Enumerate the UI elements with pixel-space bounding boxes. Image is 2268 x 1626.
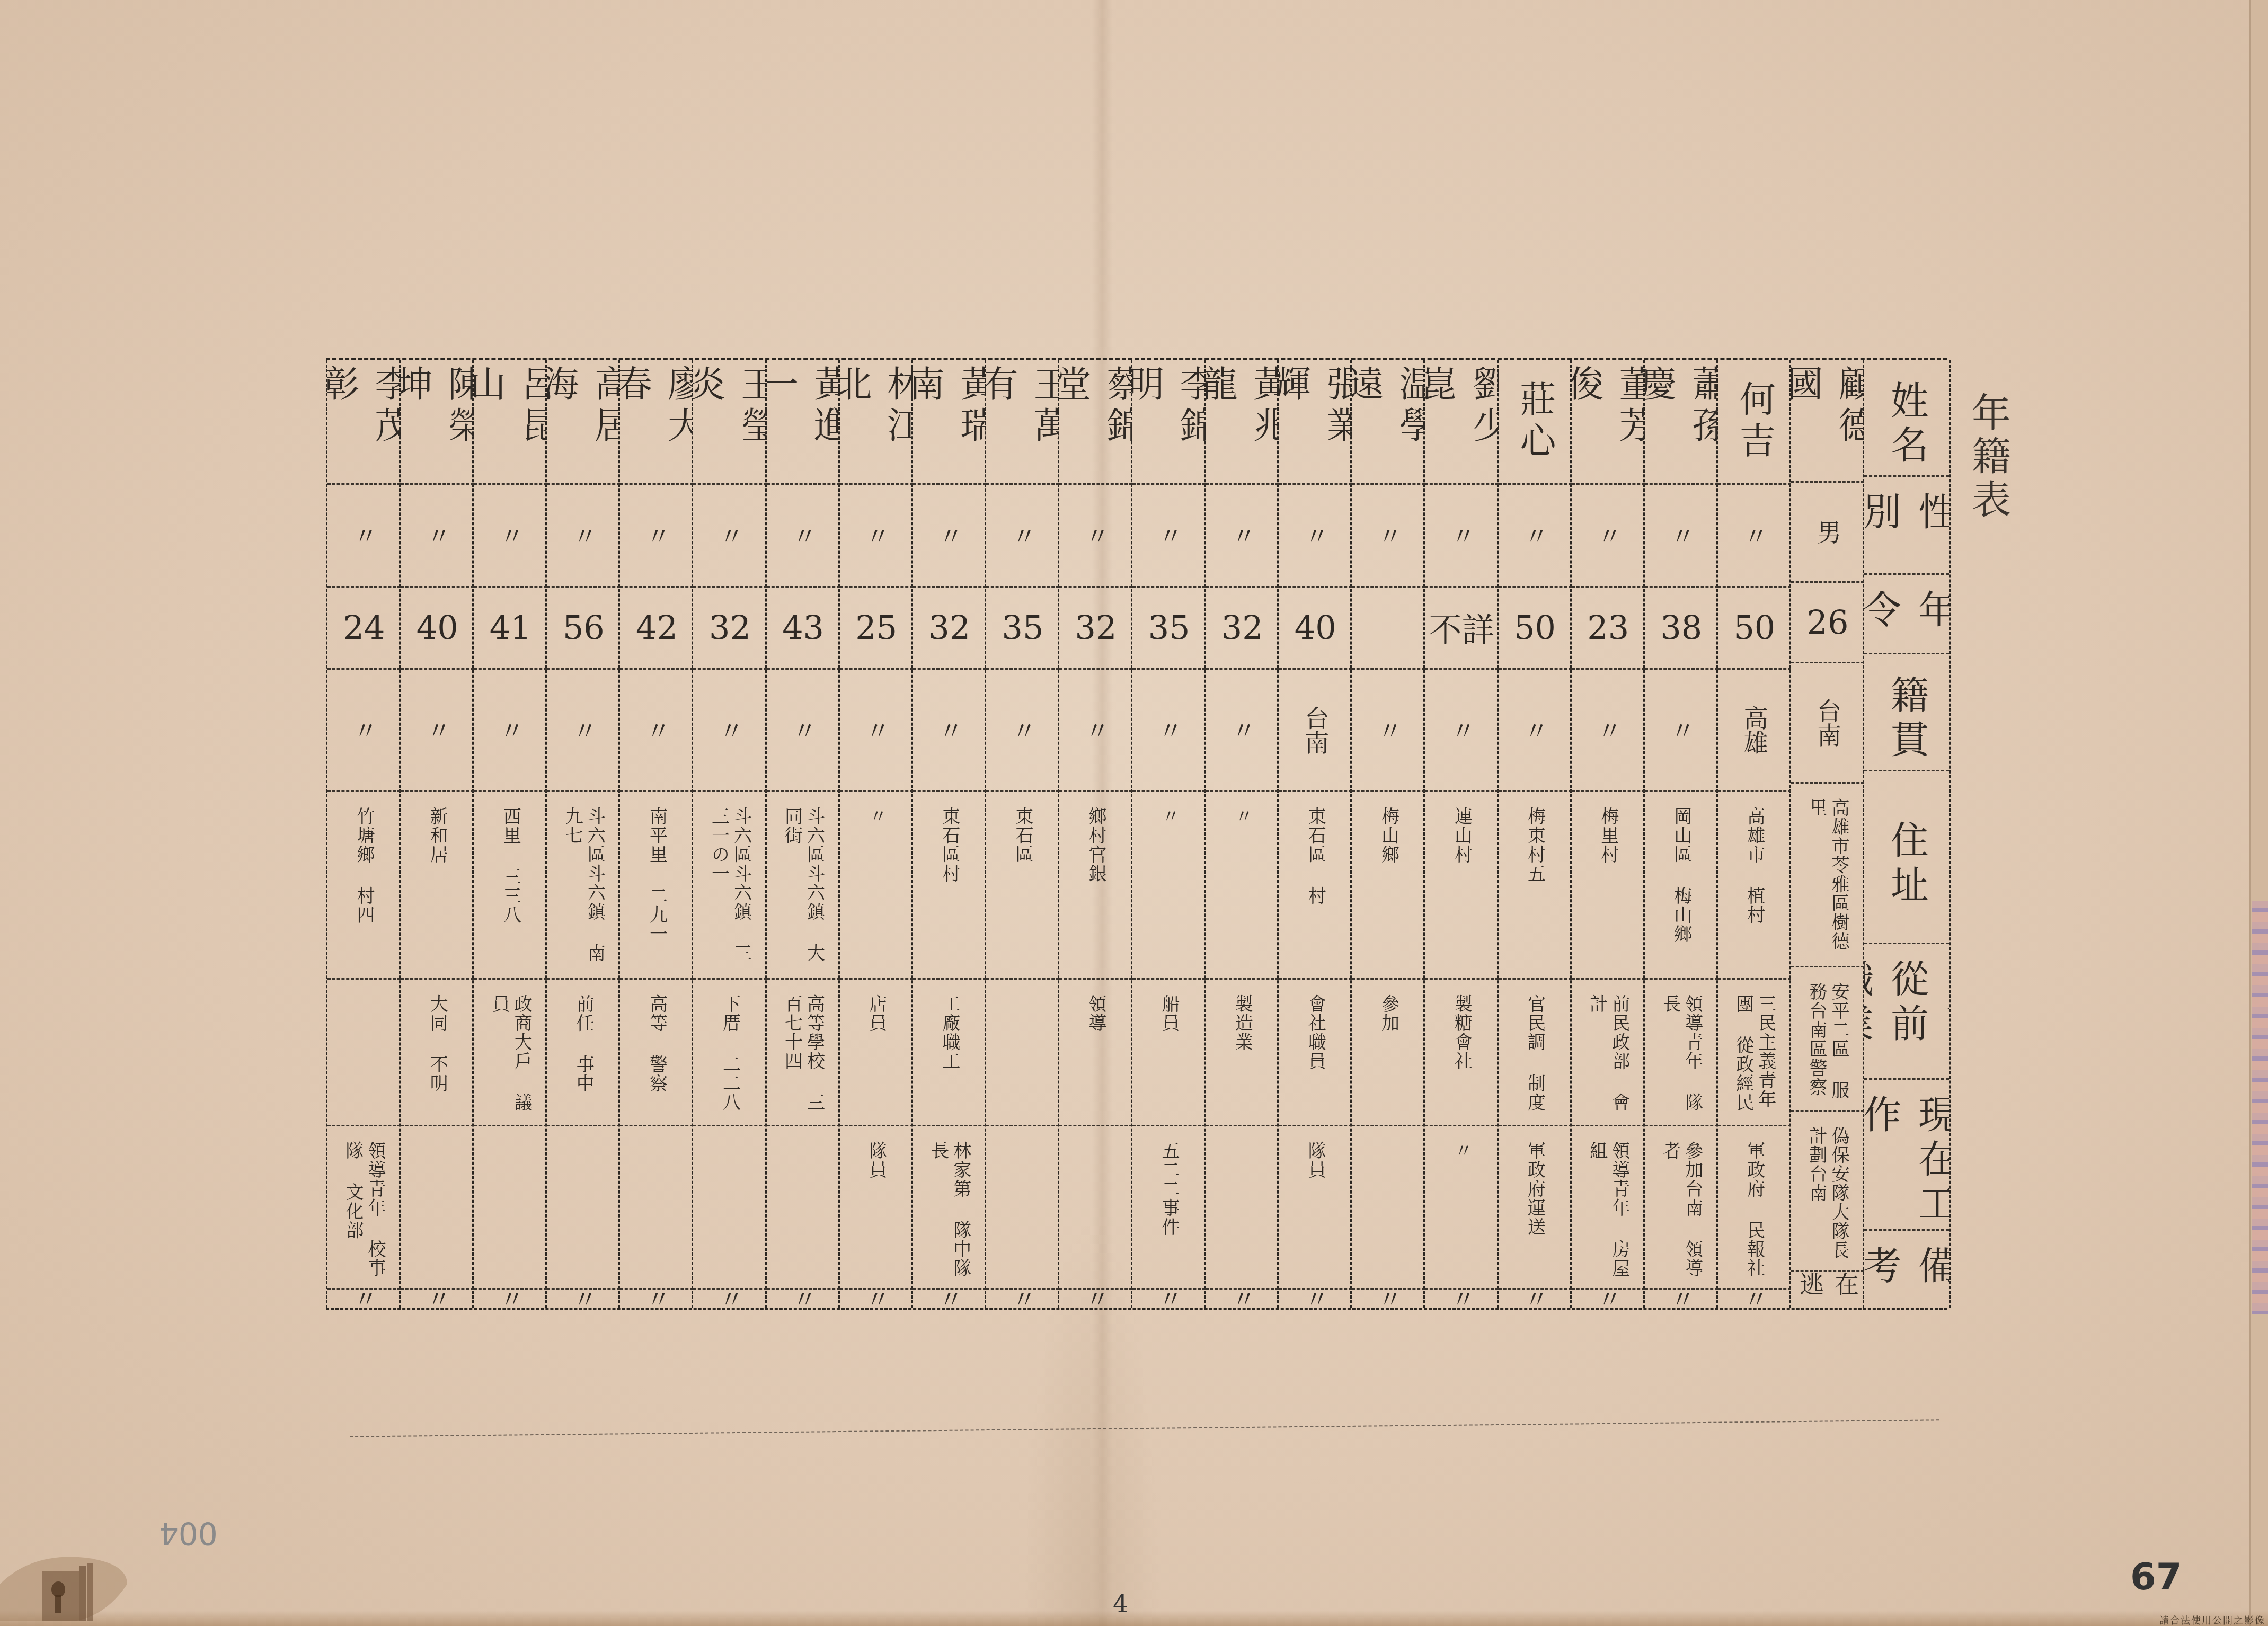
native-place-cell: 〃 [1425, 670, 1498, 793]
watermark-text: 請合法使用公開之影像 [2159, 1613, 2265, 1626]
table-row: 呂昆山〃41〃西里 三三八政商大戶 議員〃 [472, 360, 547, 1308]
header-current-work: 現在工作 [1864, 1080, 1949, 1230]
current-work-cell [693, 1126, 766, 1290]
remarks-cell: 〃 [1279, 1290, 1352, 1308]
current-work-cell [620, 1126, 693, 1290]
gender-cell: 〃 [693, 485, 766, 587]
address-cell: 南平里 二九一 [620, 792, 693, 980]
gender-cell: 〃 [913, 485, 986, 587]
native-place-cell: 〃 [474, 670, 547, 793]
remarks-cell: 〃 [327, 1290, 401, 1308]
remarks-cell: 〃 [401, 1290, 474, 1308]
gender-cell: 〃 [1279, 485, 1352, 587]
address-cell: 岡山區 梅山鄉 [1645, 792, 1718, 980]
current-work-cell [474, 1126, 547, 1290]
address-cell: 斗六區斗六鎮 三三一の一 [693, 792, 766, 980]
age-cell: 23 [1572, 588, 1645, 670]
current-work-cell [547, 1126, 620, 1290]
age-cell: 35 [1132, 588, 1206, 670]
table-row: 温學遠〃〃梅山鄉參加〃 [1350, 360, 1425, 1308]
address-cell: 西里 三三八 [474, 792, 547, 980]
current-work-cell [401, 1126, 474, 1290]
table-row: 陳榮坤〃40〃新和居大同 不明〃 [399, 360, 474, 1308]
table-row: 黃進一〃43〃斗六區斗六鎮 大同街高等學校 三百七十四〃 [765, 360, 840, 1308]
address-cell: 〃 [1206, 792, 1279, 980]
table-row: 林江北〃25〃〃店員隊員〃 [838, 360, 913, 1308]
gender-cell: 〃 [620, 485, 693, 587]
name-cell: 高居海 [547, 360, 620, 485]
former-occupation-cell [986, 980, 1059, 1126]
former-occupation-cell [327, 980, 401, 1126]
name-cell: 顧德國 [1791, 360, 1864, 483]
former-occupation-cell: 安平二區 服務台南區警察 [1791, 967, 1864, 1112]
table-row: 廖大春〃42〃南平里 二九一高等 警察〃 [618, 360, 693, 1308]
gender-cell: 〃 [767, 485, 840, 587]
gender-cell: 〃 [1645, 485, 1718, 587]
native-place-cell: 〃 [1059, 670, 1132, 793]
age-cell: 43 [767, 588, 840, 670]
bottom-stain-band [0, 1611, 2268, 1626]
name-cell: 温學遠 [1352, 360, 1425, 485]
native-place-cell: 〃 [693, 670, 766, 793]
age-cell: 32 [913, 588, 986, 670]
archive-logo-icon [0, 1521, 132, 1626]
native-place-cell: 〃 [913, 670, 986, 793]
age-cell: 41 [474, 588, 547, 670]
gender-cell: 〃 [1132, 485, 1206, 587]
former-occupation-cell: 工廠職工 [913, 980, 986, 1126]
native-place-cell: 〃 [767, 670, 840, 793]
header-age: 年令 [1864, 575, 1949, 654]
gender-cell: 〃 [1499, 485, 1572, 587]
native-place-cell: 〃 [547, 670, 620, 793]
former-occupation-cell: 官民調 制度 [1499, 980, 1572, 1126]
native-place-cell: 〃 [1572, 670, 1645, 793]
current-work-cell: 偽保安隊大隊長 計劃台南 [1791, 1112, 1864, 1272]
gender-cell: 〃 [474, 485, 547, 587]
name-cell: 黃進一 [767, 360, 840, 485]
address-cell: 梅里村 [1572, 792, 1645, 980]
former-occupation-cell: 下厝 二二八 [693, 980, 766, 1126]
current-work-cell: 林家第 隊中隊長 [913, 1126, 986, 1290]
former-occupation-cell: 會社職員 [1279, 980, 1352, 1126]
name-cell: 廖大春 [620, 360, 693, 485]
table-row: 王萬有〃35〃東石區〃 [985, 360, 1059, 1308]
remarks-cell: 〃 [547, 1290, 620, 1308]
address-cell: 〃 [840, 792, 913, 980]
remarks-cell: 〃 [840, 1290, 913, 1308]
address-cell: 高雄市 植村 [1718, 792, 1791, 980]
table-row: 王瑩炎〃32〃斗六區斗六鎮 三三一の一下厝 二二八〃 [692, 360, 766, 1308]
current-work-cell [767, 1126, 840, 1290]
native-place-cell: 〃 [401, 670, 474, 793]
gender-cell: 男 [1791, 483, 1864, 583]
table-row: 黃兆龍〃32〃〃製造業〃 [1204, 360, 1279, 1308]
native-place-cell: 〃 [1206, 670, 1279, 793]
age-cell [1352, 588, 1425, 670]
remarks-cell: 〃 [1206, 1290, 1279, 1308]
native-place-cell: 〃 [327, 670, 401, 793]
native-place-cell: 〃 [1499, 670, 1572, 793]
current-work-cell: 軍政府運送 [1499, 1126, 1572, 1290]
gender-cell: 〃 [401, 485, 474, 587]
native-place-cell: 高雄 [1718, 670, 1791, 793]
address-cell: 斗六區斗六鎮 南九七 [547, 792, 620, 980]
age-cell: 40 [1279, 588, 1352, 670]
current-work-cell [986, 1126, 1059, 1290]
age-cell: 42 [620, 588, 693, 670]
current-work-cell: 五二二事件 [1132, 1126, 1206, 1290]
name-cell: 劉少崑 [1425, 360, 1498, 485]
former-occupation-cell: 參加 [1352, 980, 1425, 1126]
name-cell: 李錦明 [1132, 360, 1206, 485]
name-cell: 李茂彰 [327, 360, 401, 485]
gender-cell: 〃 [840, 485, 913, 587]
former-occupation-cell: 前民政部 會計 [1572, 980, 1645, 1126]
native-place-cell: 台南 [1791, 663, 1864, 784]
table-row: 莊心〃50〃梅東村五官民調 制度軍政府運送〃 [1497, 360, 1572, 1308]
remarks-cell: 〃 [1352, 1290, 1425, 1308]
header-gender: 性別 [1864, 477, 1949, 575]
current-work-cell: 參加台南 領導者 [1645, 1126, 1718, 1290]
former-occupation-cell: 店員 [840, 980, 913, 1126]
former-occupation-cell: 領導 [1059, 980, 1132, 1126]
native-place-cell: 〃 [1352, 670, 1425, 793]
table-row: 張業輝〃40台南東石區 村會社職員隊員〃 [1277, 360, 1352, 1308]
remarks-cell: 〃 [474, 1290, 547, 1308]
header-remarks: 備考 [1864, 1231, 1949, 1308]
header-name: 姓名 [1864, 360, 1949, 477]
former-occupation-cell: 高等 警察 [620, 980, 693, 1126]
current-work-cell [1206, 1126, 1279, 1290]
remarks-cell: 〃 [693, 1290, 766, 1308]
remarks-cell: 〃 [1572, 1290, 1645, 1308]
address-cell: 梅東村五 [1499, 792, 1572, 980]
address-cell: 高雄市苓雅區樹德里 [1791, 784, 1864, 967]
age-cell: 56 [547, 588, 620, 670]
remarks-cell: 〃 [1499, 1290, 1572, 1308]
header-column: 姓名性別年令籍貫住址出面從前職業現在工作備考 [1863, 360, 1951, 1308]
header-native-place: 籍貫 [1864, 654, 1949, 771]
age-cell: 32 [693, 588, 766, 670]
current-work-cell: 隊員 [1279, 1126, 1352, 1290]
address-cell: 連山村 [1425, 792, 1498, 980]
remarks-cell: 〃 [1718, 1290, 1791, 1308]
table-row: 黃瑞南〃32〃東石區村工廠職工林家第 隊中隊長〃 [911, 360, 986, 1308]
age-cell: 40 [401, 588, 474, 670]
table-row: 高居海〃56〃斗六區斗六鎮 南九七前任 事中〃 [545, 360, 620, 1308]
age-cell: 32 [1059, 588, 1132, 670]
former-occupation-cell: 前任 事中 [547, 980, 620, 1126]
current-work-cell [1059, 1126, 1132, 1290]
table-row: 蔡錦堂〃32〃鄉村官銀領導〃 [1058, 360, 1132, 1308]
remarks-cell: 〃 [913, 1290, 986, 1308]
name-cell: 林江北 [840, 360, 913, 485]
colored-edge-strip [2252, 901, 2268, 1314]
table-row: 何吉〃50高雄高雄市 植村三民主義青年團 從政經民軍政府 民報社〃 [1716, 360, 1791, 1308]
remarks-cell: 在逃 [1791, 1272, 1864, 1308]
remarks-cell: 〃 [1645, 1290, 1718, 1308]
name-cell: 蕭孫慶 [1645, 360, 1718, 485]
native-place-cell: 〃 [986, 670, 1059, 793]
roster-table: 姓名性別年令籍貫住址出面從前職業現在工作備考顧德國男26台南高雄市苓雅區樹德里安… [326, 358, 1947, 1310]
age-cell: 不詳 [1425, 588, 1498, 670]
header-address: 住址 [1864, 771, 1949, 944]
name-cell: 王瑩炎 [693, 360, 766, 485]
gender-cell: 〃 [1718, 485, 1791, 587]
former-occupation-cell: 高等學校 三百七十四 [767, 980, 840, 1126]
page-number: 67 [2130, 1555, 2182, 1598]
remarks-cell: 〃 [1425, 1290, 1498, 1308]
address-cell: 竹塘鄉 村四 [327, 792, 401, 980]
current-work-cell: 隊員 [840, 1126, 913, 1290]
address-cell: 梅山鄉 [1352, 792, 1425, 980]
gender-cell: 〃 [327, 485, 401, 587]
age-cell: 25 [840, 588, 913, 670]
native-place-cell: 〃 [1132, 670, 1206, 793]
current-work-cell: 〃 [1425, 1126, 1498, 1290]
age-cell: 50 [1718, 588, 1791, 670]
name-cell: 張業輝 [1279, 360, 1352, 485]
paper-right-edge [2249, 0, 2268, 1626]
age-cell: 24 [327, 588, 401, 670]
address-cell: 東石區 [986, 792, 1059, 980]
gender-cell: 〃 [1425, 485, 1498, 587]
name-cell: 陳榮坤 [401, 360, 474, 485]
current-work-cell: 領導青年 校事隊 文化部 [327, 1126, 401, 1290]
remarks-cell: 〃 [1132, 1290, 1206, 1308]
address-cell: 〃 [1132, 792, 1206, 980]
address-cell: 東石區 村 [1279, 792, 1352, 980]
age-cell: 35 [986, 588, 1059, 670]
table-row: 李茂彰〃24〃竹塘鄉 村四領導青年 校事隊 文化部〃 [326, 360, 401, 1308]
name-cell: 黃瑞南 [913, 360, 986, 485]
age-cell: 38 [1645, 588, 1718, 670]
table-row: 董芳俊〃23〃梅里村前民政部 會計領導青年 房屋組〃 [1570, 360, 1645, 1308]
name-cell: 王萬有 [986, 360, 1059, 485]
gender-cell: 〃 [1206, 485, 1279, 587]
address-cell: 新和居 [401, 792, 474, 980]
former-occupation-cell: 製糖會社 [1425, 980, 1498, 1126]
current-work-cell: 領導青年 房屋組 [1572, 1126, 1645, 1290]
former-occupation-cell: 三民主義青年團 從政經民 [1718, 980, 1791, 1126]
name-cell: 呂昆山 [474, 360, 547, 485]
native-place-cell: 〃 [620, 670, 693, 793]
name-cell: 莊心 [1499, 360, 1572, 485]
remarks-cell: 〃 [986, 1290, 1059, 1308]
name-cell: 何吉 [1718, 360, 1791, 485]
table-row: 蕭孫慶〃38〃岡山區 梅山鄉領導青年 隊長參加台南 領導者〃 [1643, 360, 1718, 1308]
gender-cell: 〃 [1059, 485, 1132, 587]
bottom-center-mark: 4 [1113, 1589, 1128, 1618]
name-cell: 蔡錦堂 [1059, 360, 1132, 485]
remarks-cell: 〃 [620, 1290, 693, 1308]
current-work-cell: 軍政府 民報社 [1718, 1126, 1791, 1290]
address-cell: 鄉村官銀 [1059, 792, 1132, 980]
former-occupation-cell: 領導青年 隊長 [1645, 980, 1718, 1126]
name-cell: 黃兆龍 [1206, 360, 1279, 485]
age-cell: 50 [1499, 588, 1572, 670]
former-occupation-cell: 製造業 [1206, 980, 1279, 1126]
table-row: 李錦明〃35〃〃船員五二二事件〃 [1131, 360, 1206, 1308]
age-cell: 32 [1206, 588, 1279, 670]
former-occupation-cell: 大同 不明 [401, 980, 474, 1126]
document-title: 年籍表 [1969, 392, 2016, 522]
native-place-cell: 〃 [840, 670, 913, 793]
current-work-cell [1352, 1126, 1425, 1290]
table-row: 劉少崑〃不詳〃連山村製糖會社〃〃 [1423, 360, 1498, 1308]
table-row: 顧德國男26台南高雄市苓雅區樹德里安平二區 服務台南區警察偽保安隊大隊長 計劃台… [1789, 360, 1864, 1308]
address-cell: 東石區村 [913, 792, 986, 980]
former-occupation-cell: 船員 [1132, 980, 1206, 1126]
gender-cell: 〃 [547, 485, 620, 587]
header-former-occupation: 出面從前職業 [1864, 944, 1949, 1080]
native-place-cell: 台南 [1279, 670, 1352, 793]
name-cell: 董芳俊 [1572, 360, 1645, 485]
pencil-note: 004 [159, 1515, 218, 1551]
native-place-cell: 〃 [1645, 670, 1718, 793]
gender-cell: 〃 [1572, 485, 1645, 587]
age-cell: 26 [1791, 583, 1864, 663]
address-cell: 斗六區斗六鎮 大同街 [767, 792, 840, 980]
remarks-cell: 〃 [767, 1290, 840, 1308]
gender-cell: 〃 [986, 485, 1059, 587]
remarks-cell: 〃 [1059, 1290, 1132, 1308]
gender-cell: 〃 [1352, 485, 1425, 587]
former-occupation-cell: 政商大戶 議員 [474, 980, 547, 1126]
